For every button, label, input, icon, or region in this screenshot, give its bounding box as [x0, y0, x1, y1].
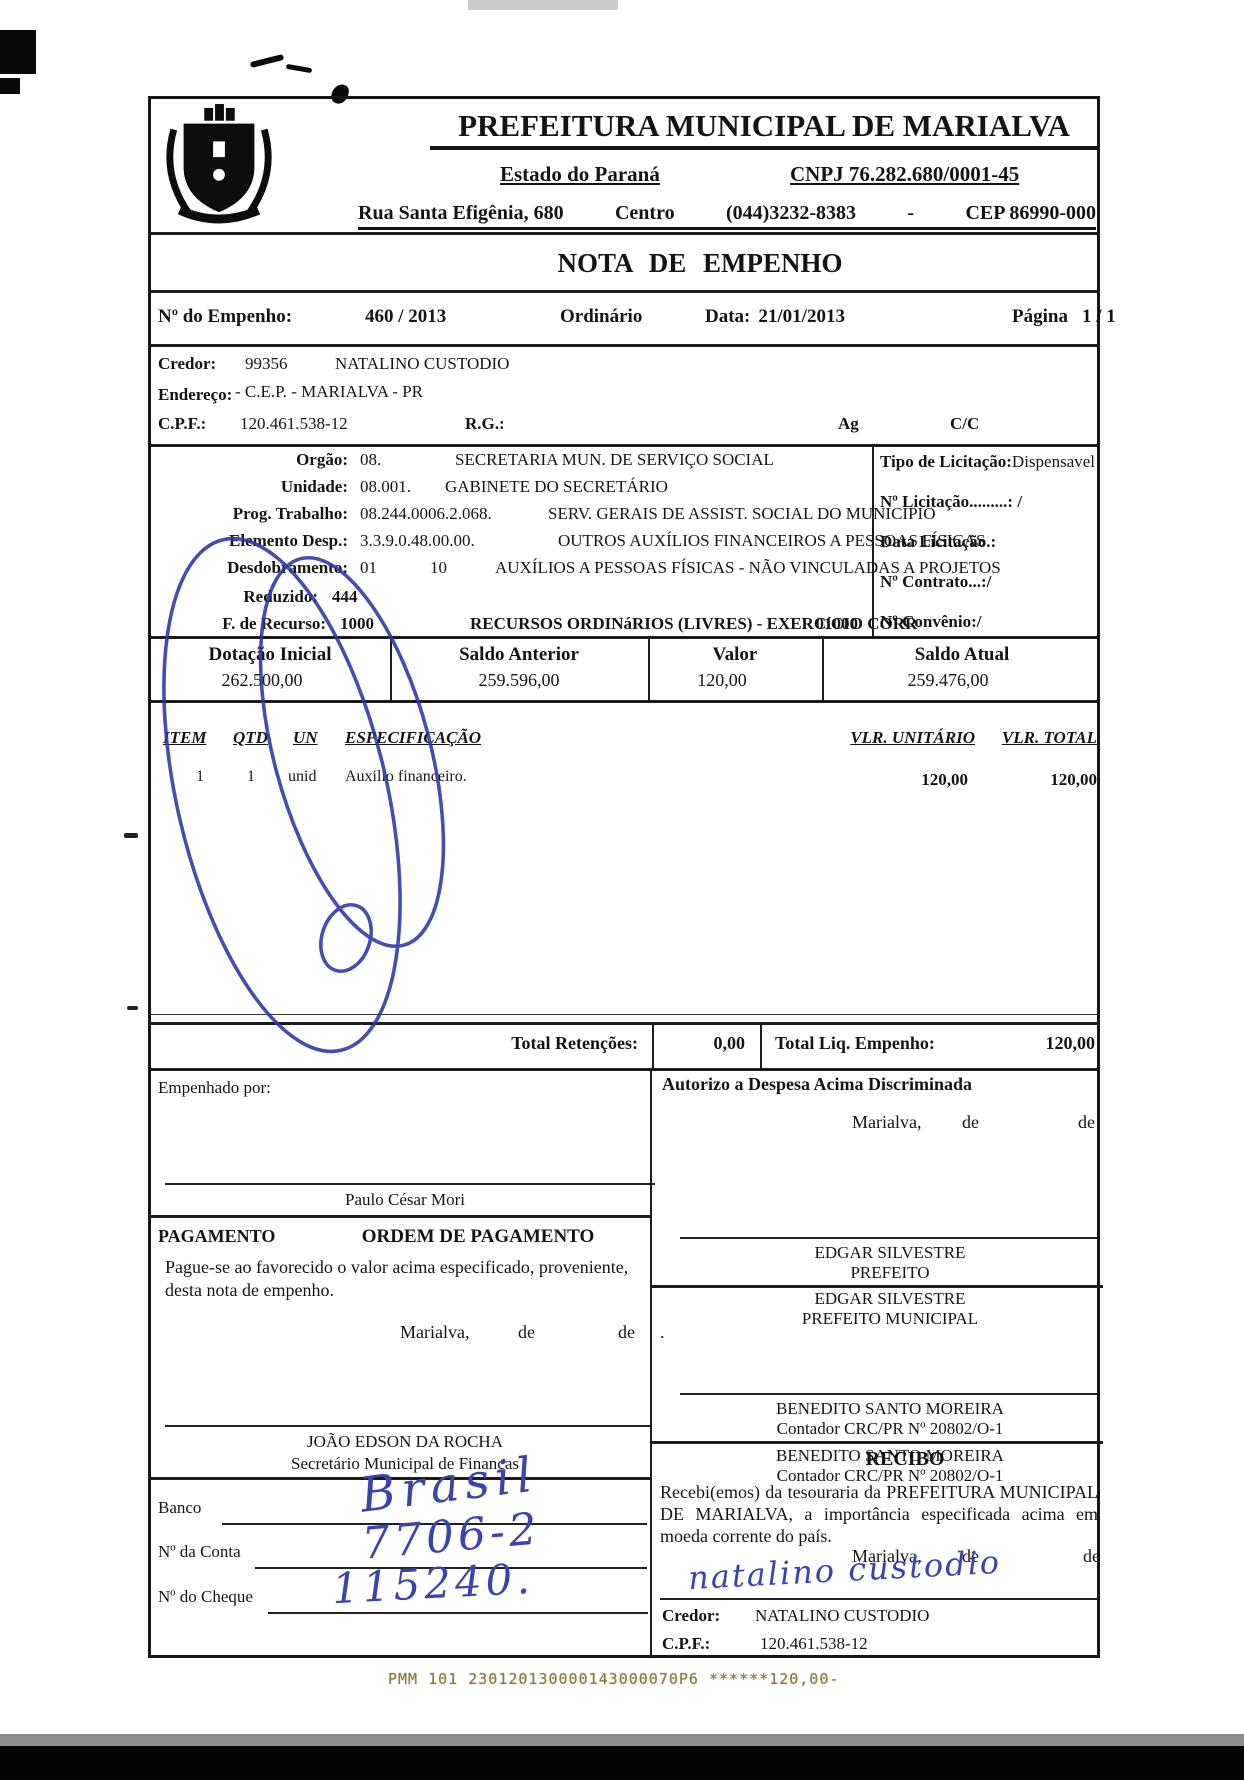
empenhado-signature-line: [165, 1183, 655, 1185]
item-row-qtd: 1: [247, 768, 255, 786]
lower-section-divider: [650, 1068, 652, 1658]
reduzido-value: 444: [332, 587, 358, 607]
prefeito-name: EDGAR SILVESTRE: [815, 1243, 966, 1263]
cpf-label: C.P.F.:: [158, 414, 206, 434]
saldo-anterior-value: 259.596,00: [479, 670, 560, 691]
dotacao-inicial-value: 262.500,00: [222, 670, 303, 691]
prog-trabalho-code: 08.244.0006.2.068.: [360, 504, 492, 524]
empenho-page: Página 1 / 1: [1012, 306, 1116, 328]
dot-matrix-footer-code: PMM 101 230120130000143000070P6 ******12…: [388, 1671, 839, 1688]
scan-artifact-bottom-black-band: [0, 1746, 1244, 1780]
recibo-title: RECIBO: [866, 1448, 945, 1471]
org-address-line: Rua Santa Efigênia, 680 Centro (044)3232…: [358, 202, 1096, 230]
vlr-total-col-header: VLR. TOTAL: [1002, 728, 1097, 748]
num-convenio: Nº Convênio:/: [880, 612, 981, 632]
header-divider: [148, 232, 1100, 235]
creditor-divider: [148, 444, 1100, 447]
org-state: Estado do Paraná: [500, 162, 660, 186]
fonte-recurso-extra-code: 01000: [816, 614, 859, 634]
recibo-credor-name: NATALINO CUSTODIO: [755, 1606, 929, 1626]
totals-bottom-divider: [148, 1068, 1100, 1071]
amounts-bottom-divider: [148, 700, 1100, 703]
credor-name: NATALINO CUSTODIO: [335, 354, 509, 374]
empenho-date-label: Data:: [705, 306, 750, 328]
scan-artifact-black-mark: [0, 78, 20, 94]
cc-label: C/C: [950, 414, 979, 434]
ag-label: Ag: [838, 414, 859, 434]
amounts-divider-3: [822, 636, 824, 700]
valor-value: 120,00: [697, 670, 747, 691]
recibo-cpf-value: 120.461.538-12: [760, 1634, 868, 1654]
contador-title: Contador CRC/PR Nº 20802/O-1: [777, 1419, 1004, 1439]
item-row-item: 1: [196, 768, 204, 786]
orgao-label: Orgão:: [296, 450, 348, 470]
empenho-row-divider: [148, 344, 1100, 347]
scan-artifact-bottom-gray-band: [0, 1734, 1244, 1746]
scan-artifact-squiggle: [250, 54, 284, 68]
recibo-credor-label: Credor:: [662, 1606, 720, 1626]
data-licitacao: Data Licitação.:: [880, 532, 996, 552]
elemento-desp-code: 3.3.9.0.48.00.00.: [360, 531, 475, 551]
pagamento-body-text: Pague-se ao favorecido o valor acima esp…: [165, 1256, 653, 1303]
autorizo-de2: de: [1078, 1112, 1095, 1133]
prog-trabalho-desc: SERV. GERAIS DE ASSIST. SOCIAL DO MUNICI…: [548, 504, 935, 524]
pagamento-de2: de: [618, 1322, 635, 1343]
municipal-coat-of-arms-logo: [160, 100, 278, 228]
totals-divider-1: [652, 1022, 654, 1068]
valor-label: Valor: [713, 644, 758, 666]
saldo-anterior-label: Saldo Anterior: [459, 644, 579, 666]
document-title: NOTA DE EMPENHO: [557, 248, 842, 279]
item-row-un: unid: [288, 768, 316, 786]
credor-code: 99356: [245, 354, 288, 374]
recibo-top-divider: [650, 1441, 1103, 1444]
item-row-vlr-total: 120,00: [1050, 770, 1097, 790]
recibo-de2: de: [1083, 1546, 1100, 1567]
autorizo-city: Marialva,: [852, 1112, 921, 1133]
saldo-atual-value: 259.476,00: [908, 670, 989, 691]
org-cnpj: CNPJ 76.282.680/0001-45: [790, 162, 1019, 186]
scan-artifact-dash: [127, 1006, 138, 1010]
cpf-value: 120.461.538-12: [240, 414, 348, 434]
elemento-desp-label: Elemento Desp.:: [229, 531, 348, 551]
licitacao-column-divider: [872, 444, 874, 636]
scan-artifact-top-smudge: [468, 0, 618, 10]
item-row-espec: Auxilio financeiro.: [345, 768, 467, 786]
autorizo-de1: de: [962, 1112, 979, 1133]
band-divider: [148, 290, 1100, 293]
tipo-licitacao-row: Tipo de Licitação: Dispensavel: [880, 452, 1095, 472]
scanned-document-page: PREFEITURA MUNICIPAL DE MARIALVA Estado …: [0, 0, 1244, 1780]
pagamento-de1: de: [518, 1322, 535, 1343]
ordem-pagamento-title: ORDEM DE PAGAMENTO: [362, 1226, 595, 1248]
empenhado-signer-name: Paulo César Mori: [345, 1190, 465, 1210]
org-name-title: PREFEITURA MUNICIPAL DE MARIALVA: [430, 108, 1098, 150]
recibo-cpf-label: C.P.F.:: [662, 1634, 710, 1654]
fonte-recurso-code: 1000: [340, 614, 374, 634]
recibo-signature-line: [660, 1598, 1098, 1600]
recibo-body-text: Recebi(emos) da tesouraria da PREFEITURA…: [660, 1482, 1098, 1548]
org-phone: (044)3232-8383: [726, 202, 856, 225]
saldo-atual-label: Saldo Atual: [915, 644, 1010, 666]
prefeito-municipal-name: EDGAR SILVESTRE: [815, 1289, 966, 1309]
banco-label: Banco: [158, 1498, 201, 1518]
empenho-date-value: 21/01/2013: [758, 306, 845, 328]
scan-artifact-squiggle: [286, 64, 312, 73]
totals-thin-line: [148, 1014, 1100, 1015]
un-col-header: UN: [293, 728, 318, 748]
prefeito-block-divider: [650, 1285, 1103, 1288]
empenho-page-value: 1 / 1: [1082, 306, 1116, 328]
prog-trabalho-label: Prog. Trabalho:: [233, 504, 348, 524]
rg-label: R.G.:: [465, 414, 505, 434]
empenho-date: Data: 21/01/2013: [705, 306, 845, 328]
total-liq-value: 120,00: [1046, 1033, 1096, 1054]
amounts-divider-1: [390, 636, 392, 700]
tipo-licitacao-value: Dispensavel: [1012, 452, 1095, 472]
amounts-top-divider: [148, 636, 1100, 639]
num-contrato: Nº Contrato...:/: [880, 572, 991, 592]
org-separator: -: [907, 202, 914, 225]
endereco-value: - C.E.P. - MARIALVA - PR: [235, 382, 423, 402]
item-col-header: ITEM: [163, 728, 206, 748]
dotacao-inicial-label: Dotação Inicial: [209, 644, 332, 666]
cheque-line: [268, 1612, 648, 1614]
unidade-desc: GABINETE DO SECRETÁRIO: [445, 477, 668, 497]
empenho-page-label: Página: [1012, 306, 1068, 328]
total-liq-label: Total Liq. Empenho:: [775, 1033, 935, 1054]
cheque-label: Nº do Cheque: [158, 1587, 253, 1607]
total-retencoes-value: 0,00: [714, 1033, 746, 1054]
prefeito-title: PREFEITO: [850, 1263, 929, 1283]
num-licitacao: Nº Licitação.........: /: [880, 492, 1022, 512]
prefeito-signature-line: [680, 1237, 1098, 1239]
endereco-label: Endereço:: [158, 385, 232, 405]
desdobramento-code1: 01: [360, 558, 377, 578]
contador-signature-line: [680, 1393, 1098, 1395]
totals-top-divider: [148, 1022, 1100, 1025]
org-name-text: PREFEITURA MUNICIPAL DE MARIALVA: [458, 108, 1070, 143]
orgao-desc: SECRETARIA MUN. DE SERVIÇO SOCIAL: [455, 450, 774, 470]
scan-artifact-dash: [124, 833, 138, 838]
pagamento-title: PAGAMENTO: [158, 1226, 275, 1247]
reduzido-label: Reduzido:: [243, 587, 318, 607]
desdobramento-label: Desdobramento:: [227, 558, 348, 578]
qtd-col-header: QTD: [233, 728, 268, 748]
prefeito-municipal-title: PREFEITO MUNICIPAL: [802, 1309, 978, 1329]
fonte-recurso-label: F. de Recurso:: [222, 614, 326, 634]
amounts-divider-2: [648, 636, 650, 700]
org-cep: CEP 86990-000: [965, 202, 1096, 225]
especificacao-col-header: ESPECIFICAÇÃO: [345, 728, 481, 748]
pagamento-top-divider: [148, 1215, 650, 1218]
empenho-number-label: Nº do Empenho:: [158, 306, 292, 328]
conta-label: Nº da Conta: [158, 1542, 241, 1562]
pagamento-city: Marialva,: [400, 1322, 469, 1343]
vlr-unitario-col-header: VLR. UNITÁRIO: [850, 728, 975, 748]
item-row-vlr-unitario: 120,00: [921, 770, 968, 790]
credor-label: Credor:: [158, 354, 216, 374]
empenhado-por-label: Empenhado por:: [158, 1078, 271, 1098]
unidade-label: Unidade:: [281, 477, 348, 497]
empenho-type: Ordinário: [560, 306, 642, 328]
tipo-licitacao-label: Tipo de Licitação:: [880, 452, 1012, 472]
finance-secretary-name: JOÃO EDSON DA ROCHA: [307, 1432, 503, 1452]
org-district: Centro: [615, 202, 675, 225]
autorizo-title: Autorizo a Despesa Acima Discriminada: [662, 1074, 972, 1095]
totals-divider-2: [760, 1022, 762, 1068]
scan-artifact-black-corner: [0, 30, 36, 74]
pagamento-period: .: [660, 1322, 665, 1343]
orgao-code: 08.: [360, 450, 381, 470]
finance-secretary-signature-line: [165, 1425, 650, 1427]
unidade-code: 08.001.: [360, 477, 411, 497]
total-retencoes-label: Total Retenções:: [511, 1033, 638, 1054]
desdobramento-code2: 10: [430, 558, 447, 578]
empenho-number-value: 460 / 2013: [365, 306, 446, 328]
contador-name: BENEDITO SANTO MOREIRA: [776, 1399, 1004, 1419]
org-address: Rua Santa Efigênia, 680: [358, 202, 564, 225]
